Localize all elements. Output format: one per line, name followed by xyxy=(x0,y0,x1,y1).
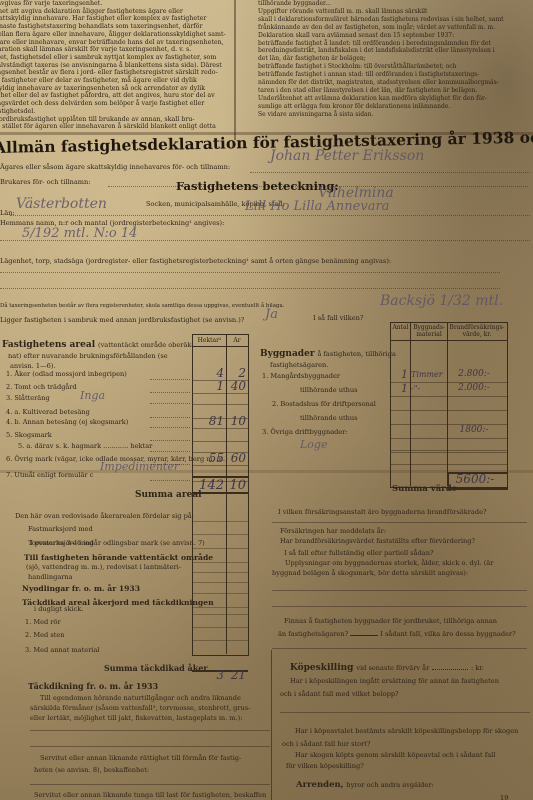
areal-heading-line: Fastighetens areal (vattentäckt område o… xyxy=(2,341,194,350)
hemmans-line xyxy=(0,240,530,241)
column-separator xyxy=(271,650,272,800)
areal-row-dots xyxy=(150,403,190,404)
building-row-line xyxy=(390,452,507,453)
instruction-line: beträffande fastighet å landet: till ord… xyxy=(258,40,491,47)
purchase-line-a xyxy=(280,712,530,713)
distribution-row-line xyxy=(192,534,248,535)
building-row-label[interactable]: Loge xyxy=(300,438,327,451)
distribution-row-line xyxy=(192,572,248,573)
distribution-row-line xyxy=(192,593,248,594)
buildings-heading: Byggnader xyxy=(260,349,315,359)
tackdikning-heading: Täckdikning fr. o. m. år 1933 xyxy=(28,682,158,691)
instruction-line: ...fastighetsdel. xyxy=(0,108,35,115)
servitut-line xyxy=(30,784,270,785)
building-row-material[interactable]: -"- xyxy=(411,384,445,393)
areal-row-label: 4. a. Kultiverad betesäng xyxy=(6,408,90,417)
distribution-row-line xyxy=(192,607,248,608)
distribution-row-line xyxy=(192,548,248,549)
sambruk-label: Ligger fastigheten i sambruk med annan j… xyxy=(0,316,244,325)
building-row-varde[interactable]: 1800:- xyxy=(450,425,498,435)
tackdikad-sum-hektar[interactable]: 3 xyxy=(194,668,224,682)
tax-declaration-form: ...s avgivas för varje taxeringsenhet...… xyxy=(0,0,533,800)
servitut-1b: heten (se anvisn. 8), beskaffenhet: xyxy=(34,766,149,775)
building-row-varde[interactable]: 2.800:- xyxy=(450,369,498,379)
building-row-antal[interactable]: 1 xyxy=(391,382,408,395)
insurance-line-1 xyxy=(272,522,527,523)
designation-heading: Fastighetens beteckning: xyxy=(176,179,339,193)
buildings-heading-line: Byggnader å fastigheten, tillhöriga xyxy=(260,350,396,359)
user-label: Brukares för- och tillnamn: xyxy=(0,178,90,187)
instruction-line: beredningsdistrikt, landsfiskalen i det … xyxy=(258,47,495,54)
areal-sum-hektar[interactable]: 142 xyxy=(194,478,224,493)
areal-row-line xyxy=(192,393,248,394)
distribution-intro: Den här ovan redovisade åkerarealen förd… xyxy=(15,512,194,521)
instruction-line: ...skattskyldig innehavare. Har fastighe… xyxy=(0,15,206,22)
distribution-row-line xyxy=(192,521,248,522)
purchase-q3: Har skogen köpts genom särskilt köpeavta… xyxy=(295,751,495,760)
distribution-row: Till fastigheten hörande vattentäckt omr… xyxy=(24,553,213,562)
sambruk-value[interactable]: Ja xyxy=(265,307,278,322)
areal-row-dots xyxy=(150,480,190,481)
natural-line-2: särskilda förmåner (såsom vattenfall³, t… xyxy=(30,704,250,713)
building-row-line xyxy=(390,396,507,397)
building-row-label: 3. Övriga driftbyggnader: xyxy=(262,428,348,437)
areal-row-label: 3. Slåtteräng xyxy=(6,394,50,403)
owner-line xyxy=(250,172,530,173)
areal-heading: Fastighetens areal xyxy=(2,340,95,350)
instruction-line: frånkännande av den del av fastigheten, … xyxy=(258,24,495,31)
owner-value[interactable]: Johan Petter Eriksson xyxy=(270,148,424,164)
arrenden-heading: Arrenden, xyxy=(296,780,344,790)
building-row-line xyxy=(390,450,507,451)
instruction-line: nämnden för det distrikt, magistraten, s… xyxy=(258,79,499,86)
registration-note: Då taxeringsenheten består av flera regi… xyxy=(0,302,284,311)
building-row-line xyxy=(390,464,507,465)
areal-sum-ar[interactable]: 10 xyxy=(226,478,246,493)
areal-row-dots xyxy=(150,379,190,380)
distribution-row: 3. Med annat material xyxy=(25,646,100,655)
buildings-col-divider-1 xyxy=(410,322,411,486)
distribution-row: Fastmarksjord med xyxy=(28,525,93,534)
instruction-line: tillhörande byggnader... xyxy=(258,0,331,7)
instruction-line: beträffande fastighet i annan stad: till… xyxy=(258,71,479,78)
areal-row-label: 7. Utmål enligt formulär c xyxy=(6,471,93,480)
areal-row-line xyxy=(192,452,248,453)
areal-row-line xyxy=(192,404,248,405)
instruction-line: ...skyldig innehavare av taxeringsenhete… xyxy=(0,85,205,92)
paper-fold-vertical xyxy=(234,0,236,140)
natural-line-1: Till egendomen hörande naturtillgångar o… xyxy=(40,694,241,703)
buildings-heading-rest: å fastigheten, tillhöriga xyxy=(317,350,396,358)
building-row-label: tillhörande uthus xyxy=(300,386,358,395)
areal-row-label: 5. Skogsmark xyxy=(6,431,52,440)
buildings-heading-2: fastighetsägaren. xyxy=(270,361,328,370)
col-hektar: Hektar² xyxy=(193,337,226,344)
vilken-value[interactable]: Backsjö 1/32 mtl. xyxy=(380,293,503,309)
instruction-line: ...ghet, fastighetsdel eller i sambruk n… xyxy=(0,54,216,61)
distribution-row: I posterna 3—6 ingår odlingsbar mark (se… xyxy=(30,539,205,548)
lagenhet-line-2 xyxy=(0,288,500,289)
instruction-line: ...s avgivas för varje taxeringsenhet. xyxy=(0,0,102,7)
vilken-label: I så fall vilken? xyxy=(313,314,363,323)
insurance-q6: byggnad belägen å skogsmark, bör detta s… xyxy=(272,569,468,578)
areal-row-line xyxy=(192,465,248,466)
arrenden-year: 19 xyxy=(500,794,508,800)
areal-row-dots xyxy=(150,440,190,441)
areal-sum-label: Summa areal xyxy=(135,491,202,500)
socken-value-2[interactable]: Lill Ho Lilla Annevara xyxy=(245,199,389,214)
building-row-label: 1. Mangårdsbyggnader xyxy=(262,372,340,381)
purchase-q2b: och i sådant fall hur stort? xyxy=(282,740,370,749)
distribution-row-line xyxy=(192,627,248,628)
instruction-line: Uppgifter rörande vattenfall m. m. skall… xyxy=(258,8,427,15)
instruction-line: det län, där fastigheten är belägen; xyxy=(258,55,366,62)
building-row-label: 2. Bostadshus för driftpersonal xyxy=(272,400,376,409)
instruction-line: beträffande fastighet i Stockholm: till … xyxy=(258,63,457,70)
servitut-2: Servitut eller annan liknande tunga till… xyxy=(34,791,266,800)
purchase-kr: : kr. xyxy=(471,664,484,672)
instruction-line: ...n i stället för ägaren eller innehava… xyxy=(0,123,216,130)
distribution-row-line xyxy=(192,562,248,563)
insurance-q5: Upplysningar om byggnadernas storlek, ål… xyxy=(285,559,493,568)
areal-row-dots xyxy=(150,427,190,428)
insurance-q7: Finnas å fastigheten byggnader för jordb… xyxy=(284,617,497,626)
instruction-line: skall i deklarationsformuläret härnedan … xyxy=(258,16,504,23)
instruction-line: ...de fastigheter eller delar av fastigh… xyxy=(0,77,197,84)
natural-line-3: eller lertäkt, möjlighet till jakt, fisk… xyxy=(30,714,242,723)
arrenden-line: Arrenden, hyror och andra avgälder: xyxy=(296,781,434,790)
insurance-q3: Har brandförsäkringsvärdet fastställts e… xyxy=(280,537,475,546)
distribution-row: 1. Med rör xyxy=(25,618,61,627)
areal-row-line xyxy=(192,428,248,429)
insurance-q8: än fastighetsägaren? xyxy=(278,630,348,638)
areal-row-line xyxy=(192,441,248,442)
instruction-line: ...ighet att avgiva deklaration åligger … xyxy=(0,8,183,15)
distribution-row: 2. Med sten xyxy=(25,631,65,640)
building-row-label: tillhörande uthus xyxy=(300,414,358,423)
owner-label: Ägares eller såsom ägare skattskyldig in… xyxy=(0,163,230,172)
purchase-q1: Har i köpeskillingen ingått ersättning f… xyxy=(290,677,499,686)
areal-head-line xyxy=(192,346,248,347)
areal-row-label: 2. Tomt och trädgård xyxy=(6,383,77,392)
distribution-row: i dugligt skick. xyxy=(34,605,83,614)
areal-row-line xyxy=(192,380,248,381)
instruction-line: ...ringsenhet består av flera i jord- el… xyxy=(0,69,218,76)
col-material: Byggnads-material xyxy=(411,324,447,338)
areal-row-label: 4. b. Annan betesäng (ej skogsmark) xyxy=(6,418,128,427)
tackdikad-sum-ar[interactable]: 21 xyxy=(226,668,246,682)
instruction-line: ...r jordbruksfastighet upplåten till br… xyxy=(0,116,194,123)
areal-heading-2: nat) efter nuvarande brukningsförhålland… xyxy=(8,352,168,361)
areal-row-note[interactable]: Inga xyxy=(80,389,105,402)
lan-line xyxy=(10,215,530,216)
building-row-line xyxy=(390,438,507,439)
instruction-line: ...ringsvärdet och dess delvärden som be… xyxy=(0,100,204,107)
purchase-q2: Har i köpeavtalet bestämts särskilt köpe… xyxy=(295,727,518,736)
instruction-line: taren i den stad eller länsstyrelsen i d… xyxy=(258,87,477,94)
areal-col-divider xyxy=(226,334,227,654)
distribution-row: (sjö, vattendrag m. m.), redovisat i lan… xyxy=(26,563,181,572)
lagenhet-label: Lägenhet, torp, stadsäga (jordregister- … xyxy=(0,257,391,266)
insurance-q8b: I sådant fall, vilka äro dessa byggnader… xyxy=(380,630,515,638)
lan-label: Län: xyxy=(0,209,15,218)
purchase-line-1: vid senaste förvärv år xyxy=(356,664,429,672)
insurance-q2: Försäkringen har meddelats år: xyxy=(280,527,386,536)
col-antal: Antal xyxy=(391,324,410,331)
insurance-q8-line: än fastighetsägaren? I sådant fall, vilk… xyxy=(278,630,516,639)
areal-row-dots xyxy=(150,464,190,465)
lagenhet-line-1 xyxy=(0,272,500,273)
natural-line xyxy=(30,730,270,731)
areal-row-dots xyxy=(150,451,190,452)
areal-row-dots xyxy=(150,392,190,393)
areal-heading-rest: (vattentäckt område oberäk- xyxy=(98,341,194,349)
purchase-year-blank xyxy=(432,669,468,670)
lan-value[interactable]: Västerbotten xyxy=(16,196,107,212)
instruction-line: sumlige att erlägga fem kronor för dekla… xyxy=(258,103,450,110)
distribution-row-line xyxy=(192,614,248,615)
insurance-line-4 xyxy=(272,648,527,649)
areal-row-dots xyxy=(150,417,190,418)
buildings-col-divider-2 xyxy=(447,322,448,486)
instruction-line: Deklaration skall vara avlämnad senast d… xyxy=(258,32,454,39)
insurance-line-3 xyxy=(272,606,527,607)
building-row-line xyxy=(390,410,507,411)
purchase-heading-line: Köpeskilling vid senaste förvärv år : kr… xyxy=(290,664,484,673)
areal-row-label: 5. a. därav s. k. hagmark ............ h… xyxy=(18,442,152,451)
hemmans-value[interactable]: 5/192 mtl. N:o 14 xyxy=(22,226,137,241)
col-ar: Ar xyxy=(227,337,247,344)
instruction-line: ...tighet eller del av fastighet påfordr… xyxy=(0,92,215,99)
arrenden-rest: hyror och andra avgälder: xyxy=(346,781,433,789)
distribution-row: Nyodlingar fr. o. m. år 1933 xyxy=(22,584,140,593)
instruction-line: Se vidare anvisningarna å sista sidan. xyxy=(258,111,373,118)
instruction-line: ...senaste fastighetstaxering behandlats… xyxy=(0,23,202,30)
insurance-q4: I så fall efter fullständig eller partie… xyxy=(284,549,434,558)
purchase-q3b: för vilken köpeskilling? xyxy=(286,762,364,771)
distribution-row-line xyxy=(192,640,248,641)
col-varde: Brandförsäkrings-värde, kr. xyxy=(448,324,506,338)
building-row-material[interactable]: Timmer xyxy=(411,370,445,379)
instruction-line: Underlåtenhet att avlämna deklaration ka… xyxy=(258,95,487,102)
purchase-heading: Köpeskilling xyxy=(290,663,353,673)
instruction-line: ...självständigt taxeras (se anvisningar… xyxy=(0,62,222,69)
building-row-varde[interactable]: 2.000:- xyxy=(450,383,498,393)
natural-line-b xyxy=(30,746,270,747)
areal-row-label: 1. Åker (odlad mossjord inbegripen) xyxy=(6,370,127,379)
buildings-sum-value[interactable]: 5600:- xyxy=(450,472,500,486)
insurance-line-2 xyxy=(272,590,527,591)
areal-row-line xyxy=(192,418,248,419)
purchase-q1b: och i sådant fall med vilket belopp? xyxy=(280,690,399,699)
distribution-row: handlingarna xyxy=(28,573,73,582)
instruction-line: ...klaration skall lämnas särskilt för v… xyxy=(0,46,191,53)
buildings-head-line xyxy=(390,340,507,341)
instruction-line: ...ägare eller innehavare, envar beträff… xyxy=(0,39,224,46)
areal-row-note[interactable]: Impedimenter xyxy=(100,460,179,473)
insurance-q8-blank xyxy=(350,635,378,636)
instruction-line: ...mellan flera ägare eller innehavare, … xyxy=(0,31,226,38)
distribution-row-line xyxy=(192,655,248,656)
servitut-1: Servitut eller annan liknande rättighet … xyxy=(40,754,241,763)
distribution-row-line xyxy=(192,582,248,583)
insurance-q1: I vilken försäkringsanstalt äro byggnade… xyxy=(278,508,487,517)
building-row-antal[interactable]: 1 xyxy=(391,368,408,381)
